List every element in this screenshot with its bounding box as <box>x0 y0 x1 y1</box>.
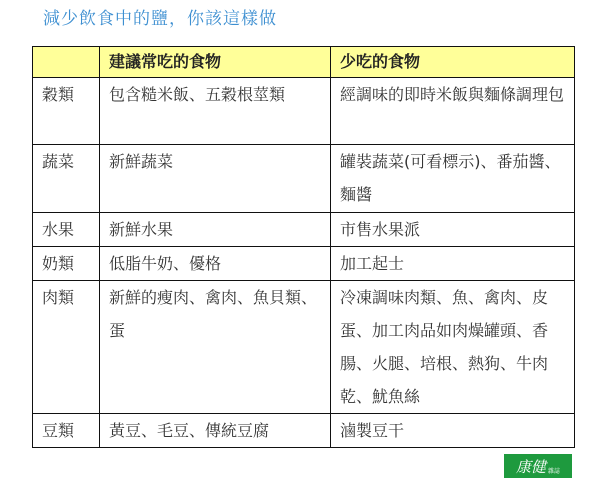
logo-main-text: 康健 <box>516 456 546 477</box>
food-table: 建議常吃的食物 少吃的食物 穀類 包含糙米飯、五穀根莖類 經調味的即時米飯與麵條… <box>32 46 575 448</box>
category-cell: 穀類 <box>33 78 100 145</box>
header-category <box>33 47 100 78</box>
page-title: 減少飲食中的鹽，你該這樣做 <box>43 8 277 30</box>
table-row: 穀類 包含糙米飯、五穀根莖類 經調味的即時米飯與麵條調理包 <box>33 78 575 145</box>
recommended-cell: 新鮮的瘦肉、禽肉、魚貝類、蛋 <box>100 281 331 414</box>
category-cell: 肉類 <box>33 281 100 414</box>
limit-cell: 冷凍調味肉類、魚、禽肉、皮蛋、加工肉品如肉燥罐頭、香腸、火腿、培根、熱狗、牛肉乾… <box>331 281 575 414</box>
table-row: 豆類 黃豆、毛豆、傳統豆腐 滷製豆干 <box>33 414 575 448</box>
table-row: 水果 新鮮水果 市售水果派 <box>33 213 575 247</box>
header-limit: 少吃的食物 <box>331 47 575 78</box>
table-row: 肉類 新鮮的瘦肉、禽肉、魚貝類、蛋 冷凍調味肉類、魚、禽肉、皮蛋、加工肉品如肉燥… <box>33 281 575 414</box>
category-cell: 奶類 <box>33 247 100 281</box>
table-header-row: 建議常吃的食物 少吃的食物 <box>33 47 575 78</box>
limit-cell: 加工起士 <box>331 247 575 281</box>
recommended-cell: 新鮮水果 <box>100 213 331 247</box>
logo-sub-text: 雜誌 <box>548 466 560 475</box>
limit-cell: 滷製豆干 <box>331 414 575 448</box>
limit-cell: 罐裝蔬菜(可看標示)、番茄醬、麵醬 <box>331 145 575 213</box>
recommended-cell: 包含糙米飯、五穀根莖類 <box>100 78 331 145</box>
magazine-logo: 康健 雜誌 <box>504 454 572 478</box>
category-cell: 水果 <box>33 213 100 247</box>
category-cell: 蔬菜 <box>33 145 100 213</box>
table-row: 蔬菜 新鮮蔬菜 罐裝蔬菜(可看標示)、番茄醬、麵醬 <box>33 145 575 213</box>
recommended-cell: 黃豆、毛豆、傳統豆腐 <box>100 414 331 448</box>
limit-cell: 市售水果派 <box>331 213 575 247</box>
recommended-cell: 低脂牛奶、優格 <box>100 247 331 281</box>
limit-cell: 經調味的即時米飯與麵條調理包 <box>331 78 575 145</box>
header-recommended: 建議常吃的食物 <box>100 47 331 78</box>
table-row: 奶類 低脂牛奶、優格 加工起士 <box>33 247 575 281</box>
recommended-cell: 新鮮蔬菜 <box>100 145 331 213</box>
category-cell: 豆類 <box>33 414 100 448</box>
